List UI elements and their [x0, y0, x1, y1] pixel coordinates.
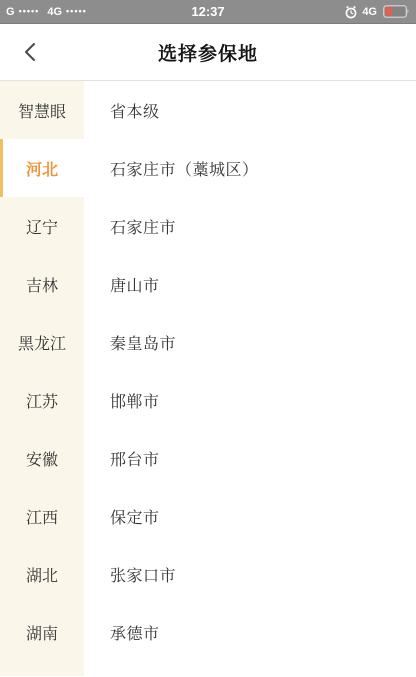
city-list: 省本级 石家庄市（藁城区） 石家庄市 唐山市 秦皇岛市 邯郸市 邢台市 保定市 … [84, 81, 416, 676]
app-screen: G ••••• 4G ••••• 12:37 4G [0, 0, 416, 677]
sidebar-item-label: 河北 [26, 157, 58, 180]
city-item-qinhuangdao[interactable]: 秦皇岛市 [110, 313, 416, 371]
sidebar-item-zhihuiyan[interactable]: 智慧眼 [0, 81, 84, 139]
sidebar-item-jiangsu[interactable]: 江苏 [0, 371, 84, 429]
sidebar-item-jilin[interactable]: 吉林 [0, 255, 84, 313]
sim2-label: 4G [47, 6, 62, 18]
region-picker: 智慧眼 河北 辽宁 吉林 黑龙江 江苏 安徽 江西 湖北 湖南 省本级 石家庄市… [0, 81, 416, 676]
sidebar-item-anhui[interactable]: 安徽 [0, 429, 84, 487]
sidebar-item-heilongjiang[interactable]: 黑龙江 [0, 313, 84, 371]
status-bar: G ••••• 4G ••••• 12:37 4G [0, 0, 416, 24]
city-item-shijiazhuang-gaocheng[interactable]: 石家庄市（藁城区） [110, 139, 416, 197]
city-item-zhangjiakou[interactable]: 张家口市 [110, 545, 416, 603]
sim1-label: G [6, 6, 15, 18]
signal-area: G ••••• 4G ••••• [6, 6, 87, 18]
back-button[interactable] [10, 24, 50, 80]
sim1-signal-dots: ••••• [19, 6, 40, 16]
city-item-shijiazhuang[interactable]: 石家庄市 [110, 197, 416, 255]
sidebar-item-liaoning[interactable]: 辽宁 [0, 197, 84, 255]
city-item-xingtai[interactable]: 邢台市 [110, 429, 416, 487]
sidebar-item-hubei[interactable]: 湖北 [0, 545, 84, 603]
sidebar-item-jiangxi[interactable]: 江西 [0, 487, 84, 545]
back-chevron-icon [24, 42, 36, 62]
sidebar-item-hunan[interactable]: 湖南 [0, 603, 84, 661]
page-title: 选择参保地 [158, 39, 258, 66]
city-item-baoding[interactable]: 保定市 [110, 487, 416, 545]
city-item-chengde[interactable]: 承德市 [110, 603, 416, 661]
alarm-clock-icon [344, 5, 358, 19]
sim2-signal-dots: ••••• [66, 6, 87, 16]
status-right-icons: 4G [344, 5, 410, 19]
city-item-handan[interactable]: 邯郸市 [110, 371, 416, 429]
province-sidebar: 智慧眼 河北 辽宁 吉林 黑龙江 江苏 安徽 江西 湖北 湖南 [0, 81, 84, 676]
sidebar-item-hebei[interactable]: 河北 [0, 139, 84, 197]
nav-bar: 选择参保地 [0, 24, 416, 81]
selected-indicator-bar [0, 139, 3, 197]
city-item-tangshan[interactable]: 唐山市 [110, 255, 416, 313]
battery-icon [383, 5, 410, 18]
city-item-shengbenji[interactable]: 省本级 [110, 81, 416, 139]
network-type-label: 4G [362, 6, 377, 18]
